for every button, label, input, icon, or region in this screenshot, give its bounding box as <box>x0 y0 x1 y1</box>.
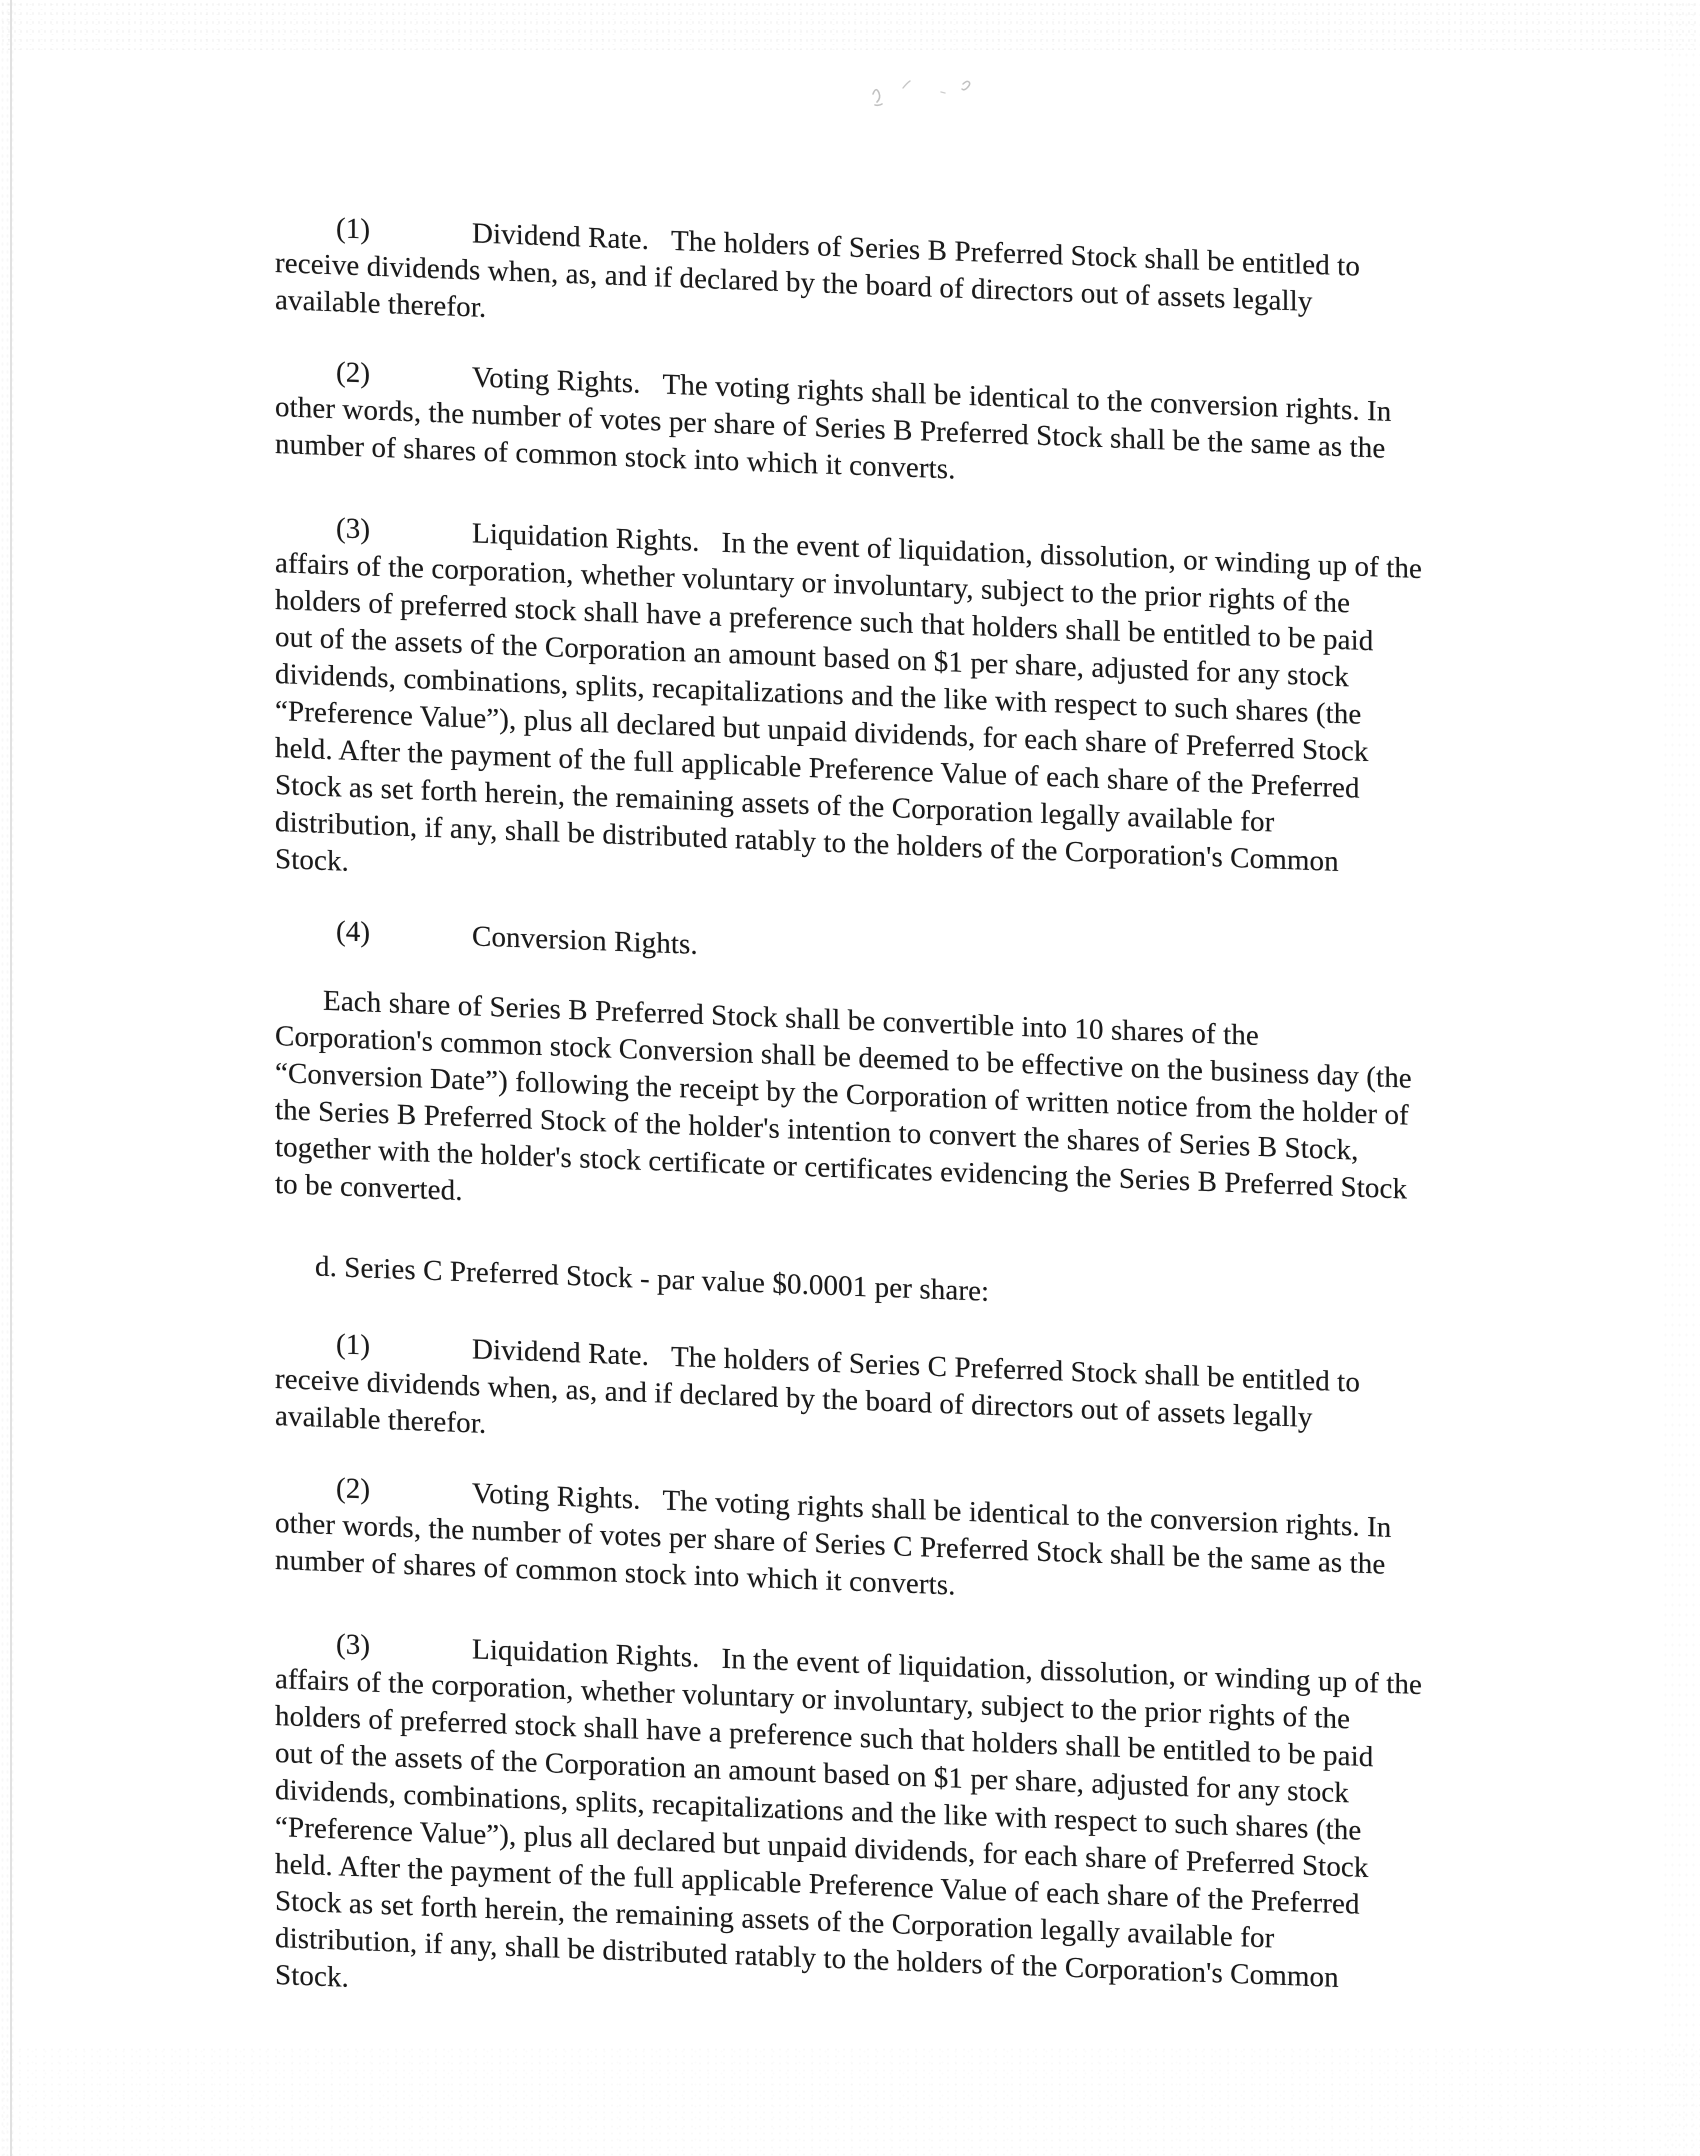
paragraph-title: Dividend Rate. <box>472 1333 649 1372</box>
paragraph-title: Conversion Rights. <box>472 920 698 960</box>
paragraph-first-line: (4)Conversion Rights. <box>275 911 1490 994</box>
document-page: (1)Dividend Rate.The holders of Series B… <box>0 0 1700 2156</box>
heading-b-conversion-rights: (4)Conversion Rights. <box>275 911 1490 994</box>
paragraph-title: Dividend Rate. <box>472 217 649 256</box>
paragraph-number: (4) <box>275 911 472 955</box>
paragraph-b-conversion-body: Each share of Series B Preferred Stock s… <box>275 981 1490 1249</box>
paragraph-c-liquidation-rights: (3)Liquidation Rights.In the event of li… <box>275 1624 1490 2040</box>
heading-text: d. Series C Preferred Stock - par value … <box>315 1251 989 1308</box>
paragraph-title: Liquidation Rights. <box>472 1633 699 1674</box>
scan-noise-top <box>0 0 1700 50</box>
paragraph-c-voting-rights: (2)Voting Rights.The voting rights shall… <box>275 1468 1490 1625</box>
scan-noise-right <box>1662 0 1700 2156</box>
paragraph-continuation-lines: affairs of the corporation, whether volu… <box>275 1661 1490 2040</box>
paragraph-b-voting-rights: (2)Voting Rights.The voting rights shall… <box>275 352 1490 509</box>
heading-line: d. Series C Preferred Stock - par value … <box>275 1247 1490 1330</box>
scan-noise-bottom <box>0 2046 1700 2156</box>
scan-noise-left <box>0 0 16 2156</box>
pen-squiggle-icon <box>845 72 975 112</box>
heading-series-c-preferred-stock: d. Series C Preferred Stock - par value … <box>275 1247 1490 1330</box>
document-text-block: (1)Dividend Rate.The holders of Series B… <box>275 208 1490 2040</box>
scanned-document-screenshot: { "page": { "background_color": "#ffffff… <box>0 0 1700 2156</box>
scan-edge-line <box>10 0 12 2156</box>
paragraph-continuation-lines: affairs of the corporation, whether volu… <box>275 545 1490 924</box>
paragraph-title: Voting Rights. <box>472 361 640 399</box>
paragraph-c-dividend-rate: (1)Dividend Rate.The holders of Series C… <box>275 1324 1490 1481</box>
paragraph-title: Liquidation Rights. <box>472 517 699 558</box>
paragraph-title: Voting Rights. <box>472 1477 640 1515</box>
paragraph-b-dividend-rate: (1)Dividend Rate.The holders of Series B… <box>275 208 1490 365</box>
paragraph-b-liquidation-rights: (3)Liquidation Rights.In the event of li… <box>275 508 1490 924</box>
